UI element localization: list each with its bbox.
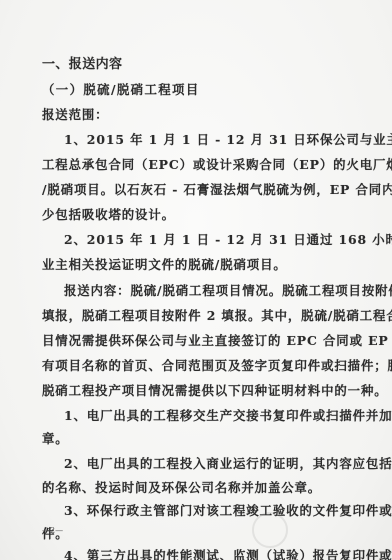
- document-line: 有项目名称的首页、合同范围页及签字页复印件或扫描件；脱硫/: [42, 358, 352, 374]
- page-number: —2—: [42, 526, 63, 535]
- document-line: 章。: [42, 431, 352, 447]
- watermark: [252, 512, 382, 548]
- document-page: 一、报送内容（一）脱硫/脱硝工程项目报送范围：1、2015 年 1 月 1 日 …: [0, 0, 392, 560]
- document-line: （一）脱硫/脱硝工程项目: [42, 82, 352, 98]
- document-line: 填报，脱硝工程项目按附件 2 填报。其中，脱硫/脱硝工程合同项: [42, 308, 352, 324]
- document-line: 业主相关投运证明文件的脱硫/脱硝项目。: [42, 257, 352, 273]
- document-line: 报送范围：: [42, 107, 352, 123]
- document-line: 脱硝工程投产项目情况需提供以下四种证明材料中的一种。: [42, 383, 352, 399]
- document-line: 1、电厂出具的工程移交生产交接书复印件或扫描件并加盖公: [64, 408, 352, 424]
- document-line: 2、2015 年 1 月 1 日 - 12 月 31 日通过 168 小时试运行…: [64, 232, 352, 248]
- document-line: /脱硝项目。以石灰石 - 石膏湿法烟气脱硫为例，EP 合同内容至: [42, 182, 352, 198]
- document-line: 报送内容：脱硫/脱硝工程项目情况。脱硫工程项目按附件 1: [64, 283, 352, 299]
- document-line: 一、报送内容: [42, 57, 352, 73]
- document-line: 4、第三方出具的性能测试、监测（试验）报告复印件或扫描: [64, 548, 352, 560]
- document-line: 的名称、投运时间及环保公司名称并加盖公章。: [42, 480, 352, 496]
- document-line: 工程总承包合同（EPC）或设计采购合同（EP）的火电厂烟气脱硫: [42, 157, 352, 173]
- document-line: 1、2015 年 1 月 1 日 - 12 月 31 日环保公司与业主直接签订的: [64, 132, 352, 148]
- document-line: 2、电厂出具的工程投入商业运行的证明，其内容应包括机组: [64, 456, 352, 472]
- document-line: 目情况需提供环保公司与业主直接签订的 EPC 合同或 EP 合同中带: [42, 333, 352, 349]
- watermark-logo-icon: [252, 512, 288, 548]
- document-line: 少包括吸收塔的设计。: [42, 207, 352, 223]
